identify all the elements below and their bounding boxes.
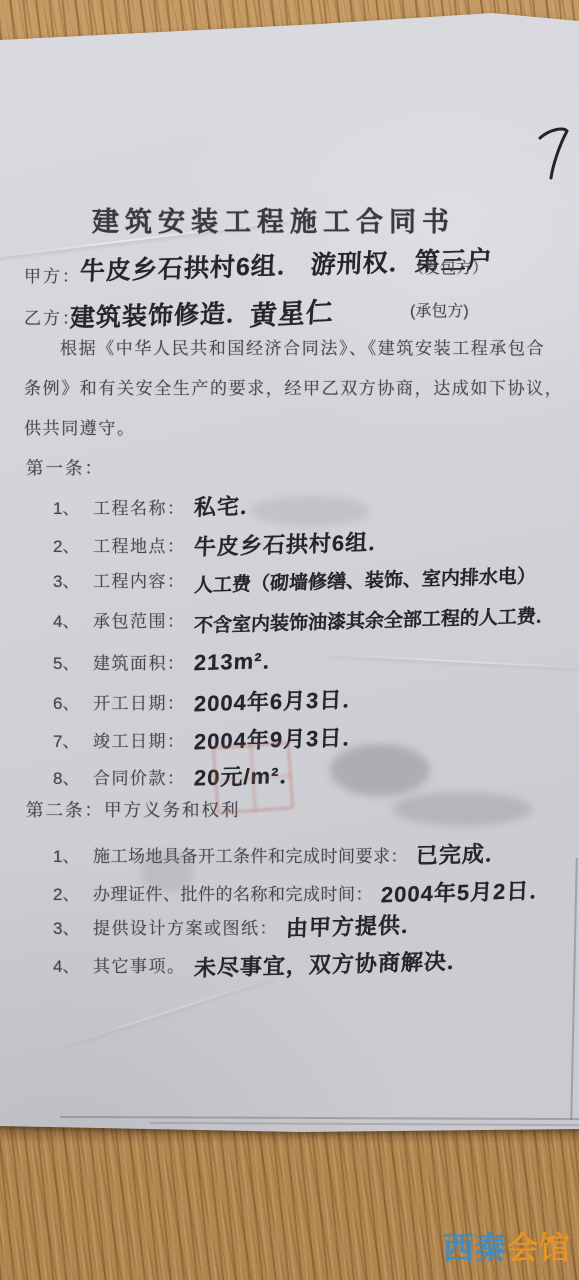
item-label: 合同价款：: [93, 764, 186, 789]
paper-wrapper: 建筑安装工程施工合同书 甲方： 牛皮乡石拱村6组． 游刑权．第三户 （发包方） …: [0, 0, 579, 1280]
item-number: 4、: [53, 952, 93, 977]
preamble-line-3: 供共同遵守。: [24, 420, 136, 437]
section2-heading: 第二条：甲方义务和权利: [26, 797, 241, 822]
item-number: 5、: [53, 649, 93, 674]
item-number: 7、: [53, 727, 93, 752]
contract-item-row: 8、 合同价款： 20元/m²．: [30, 760, 573, 791]
item-value-handwritten: 2004年6月3日．: [193, 683, 366, 719]
item-label: 承包范围：: [93, 607, 186, 632]
red-stamp-ghost: [212, 741, 295, 814]
item-value-handwritten: 人工费（砌墙修缮、装饰、室内排水电）: [193, 561, 536, 598]
item-label: 工程名称：: [93, 494, 186, 519]
contract-item-row: 3、 工程内容： 人工费（砌墙修缮、装饰、室内排水电）: [30, 566, 573, 593]
ink-smudge: [140, 852, 194, 892]
item-label: 其它事项。: [93, 952, 186, 977]
item-label: 竣工日期：: [93, 727, 186, 752]
item-value-handwritten: 牛皮乡石拱村6组．: [193, 525, 391, 562]
contract-item-row: 1、 施工场地具备开工条件和完成时间要求： 已完成．: [30, 838, 573, 869]
item-number: 1、: [53, 494, 93, 519]
item-label: 开工日期：: [93, 689, 186, 714]
party-a-label: 甲方：: [24, 262, 81, 287]
handwritten-page-number-7: [536, 124, 570, 182]
sheet-stack-edge: [150, 1122, 579, 1126]
item-value-handwritten: 213m²．: [193, 644, 286, 678]
party-b-signature-handwritten: 黄星仁: [249, 290, 335, 334]
contract-item-row: 4、 其它事项。 未尽事宜，双方协商解决．: [30, 948, 573, 979]
item-label: 工程内容：: [93, 567, 186, 592]
party-b-value-handwritten: 建筑装饰修造．: [69, 293, 252, 334]
item-number: 2、: [53, 532, 93, 557]
contract-item-row: 7、 竣工日期： 2004年9月3日．: [30, 723, 573, 754]
ink-bleedthrough: [250, 496, 370, 526]
ink-bleedthrough: [392, 792, 532, 826]
photo-watermark: 西秦会馆: [443, 1233, 571, 1264]
item-label: 施工场地具备开工条件和完成时间要求：: [93, 842, 408, 867]
item-number: 3、: [53, 914, 93, 939]
contract-paper-sheet: 建筑安装工程施工合同书 甲方： 牛皮乡石拱村6组． 游刑权．第三户 （发包方） …: [0, 0, 579, 1280]
watermark-text-orange: 会馆: [507, 1231, 571, 1266]
item-label: 工程地点：: [93, 532, 186, 557]
item-label: 办理证件、批件的名称和完成时间：: [93, 880, 373, 905]
preamble-line-1: 根据《中华人民共和国经济合同法》、《建筑安装工程承包合: [60, 340, 545, 357]
party-b-role: (承包方): [410, 298, 469, 321]
section1-heading: 第一条：: [26, 455, 104, 480]
item-value-handwritten: 不含室内装饰油漆其余全部工程的人工费．: [193, 601, 555, 638]
item-label: 提供设计方案或图纸：: [93, 914, 278, 939]
ink-smudge: [330, 744, 430, 796]
item-number: 8、: [53, 764, 93, 789]
item-value-handwritten: 已完成．: [415, 837, 508, 871]
item-label: 建筑面积：: [93, 649, 186, 674]
party-a-role: （发包方）: [408, 255, 488, 278]
item-number: 1、: [53, 842, 93, 867]
contract-title: 建筑安装工程施工合同书: [0, 200, 563, 239]
item-number: 4、: [53, 607, 93, 632]
item-value-handwritten: 由甲方提供．: [285, 908, 424, 943]
contract-item-row: 4、 承包范围： 不含室内装饰油漆其余全部工程的人工费．: [30, 606, 573, 633]
item-number: 2、: [53, 880, 93, 905]
contract-item-row: 3、 提供设计方案或图纸： 由甲方提供．: [30, 910, 573, 941]
paper-crease: [65, 976, 275, 1046]
contract-item-row: 6、 开工日期： 2004年6月3日．: [30, 685, 573, 716]
item-value-handwritten: 2004年5月2日．: [380, 874, 553, 910]
contract-item-row: 2、 办理证件、批件的名称和完成时间： 2004年5月2日．: [30, 876, 573, 907]
preamble-line-2: 条例》和有关安全生产的要求，经甲乙双方协商，达成如下协议，: [24, 380, 563, 397]
contract-item-row: 2、 工程地点： 牛皮乡石拱村6组．: [30, 528, 573, 559]
sheet-stack-edge: [60, 1116, 579, 1120]
item-number: 6、: [53, 689, 93, 714]
watermark-text-blue: 西秦: [443, 1231, 507, 1266]
item-value-handwritten: 未尽事宜，双方协商解决．: [193, 944, 470, 983]
contract-item-row: 5、 建筑面积： 213m²．: [30, 645, 573, 676]
item-number: 3、: [53, 567, 93, 592]
